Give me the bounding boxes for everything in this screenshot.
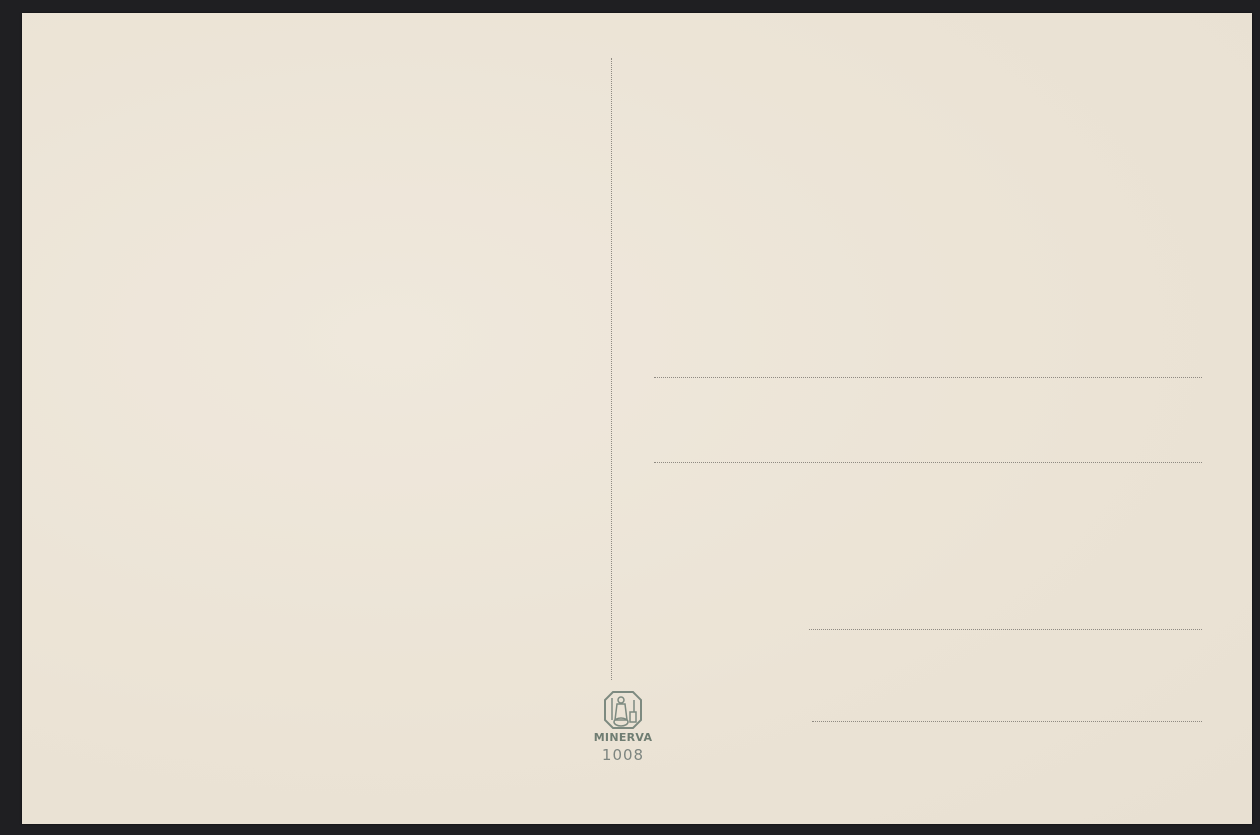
address-line-1: [654, 377, 1202, 378]
address-line-4: [812, 721, 1202, 722]
minerva-emblem-icon: [603, 690, 643, 730]
address-line-2: [654, 462, 1202, 463]
address-line-3: [809, 629, 1202, 630]
publisher-logo: MINERVA 1008: [592, 690, 654, 764]
postcard-back: MINERVA 1008: [22, 13, 1252, 824]
publisher-name: MINERVA: [592, 731, 654, 744]
center-divider-dotted-line: [611, 58, 612, 680]
card-number: 1008: [592, 746, 654, 764]
